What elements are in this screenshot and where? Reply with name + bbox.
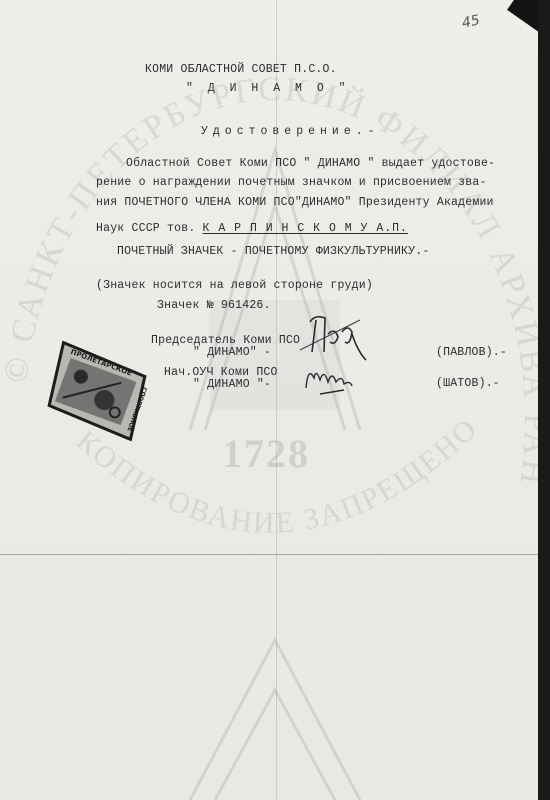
body-line-2: рение о награждении почетным значком и п… xyxy=(96,176,487,189)
body-line-5: ПОЧЕТНЫЙ ЗНАЧЕК - ПОЧЕТНОМУ ФИЗКУЛЬТУРНИ… xyxy=(117,245,429,258)
body-line-1: Областной Совет Коми ПСО " ДИНАМО " выда… xyxy=(126,157,495,170)
scan-corner-shadow xyxy=(507,0,538,33)
badge-number: Значек № 961426. xyxy=(157,299,271,312)
scan-edge-right xyxy=(538,0,550,800)
body-line-3: ния ПОЧЕТНОГО ЧЛЕНА КОМИ ПСО"ДИНАМО" Пре… xyxy=(96,196,494,209)
recipient-name: К А Р П И Н С К О М У А.П. xyxy=(203,222,408,235)
fold-line-horizontal xyxy=(0,554,538,555)
document-sheet: © САНКТ-ПЕТЕРБУРГСКИЙ ФИЛИАЛ АРХИВА РАН … xyxy=(0,0,538,800)
body-line-4: Наук СССР тов. К А Р П И Н С К О М У А.П… xyxy=(96,222,408,235)
header-dinamo: " Д И Н А М О " xyxy=(186,82,350,95)
fold-line-vertical xyxy=(276,0,277,800)
header-org: КОМИ ОБЛАСТНОЙ СОВЕТ П.С.О. xyxy=(145,63,337,76)
signature-1-org: " ДИНАМО" - xyxy=(193,346,271,359)
handwritten-page-number: 45 xyxy=(461,12,482,31)
signature-shatov-icon xyxy=(300,360,370,400)
sports-badge-stamp-icon: ПРОЛЕТАРСКОЕ СПОРТИВНОЕ xyxy=(42,336,152,446)
badge-note: (Значек носится на левой стороне груди) xyxy=(96,279,373,292)
signature-1-name: (ПАВЛОВ).- xyxy=(436,346,507,359)
body-line-4-prefix: Наук СССР тов. xyxy=(96,222,195,235)
signature-2-org: " ДИНАМО "- xyxy=(193,378,271,391)
watermark-year: 1728 xyxy=(222,430,310,477)
document-title: Удостоверение.- xyxy=(201,125,380,138)
signature-2-name: (ШАТОВ).- xyxy=(436,377,500,390)
